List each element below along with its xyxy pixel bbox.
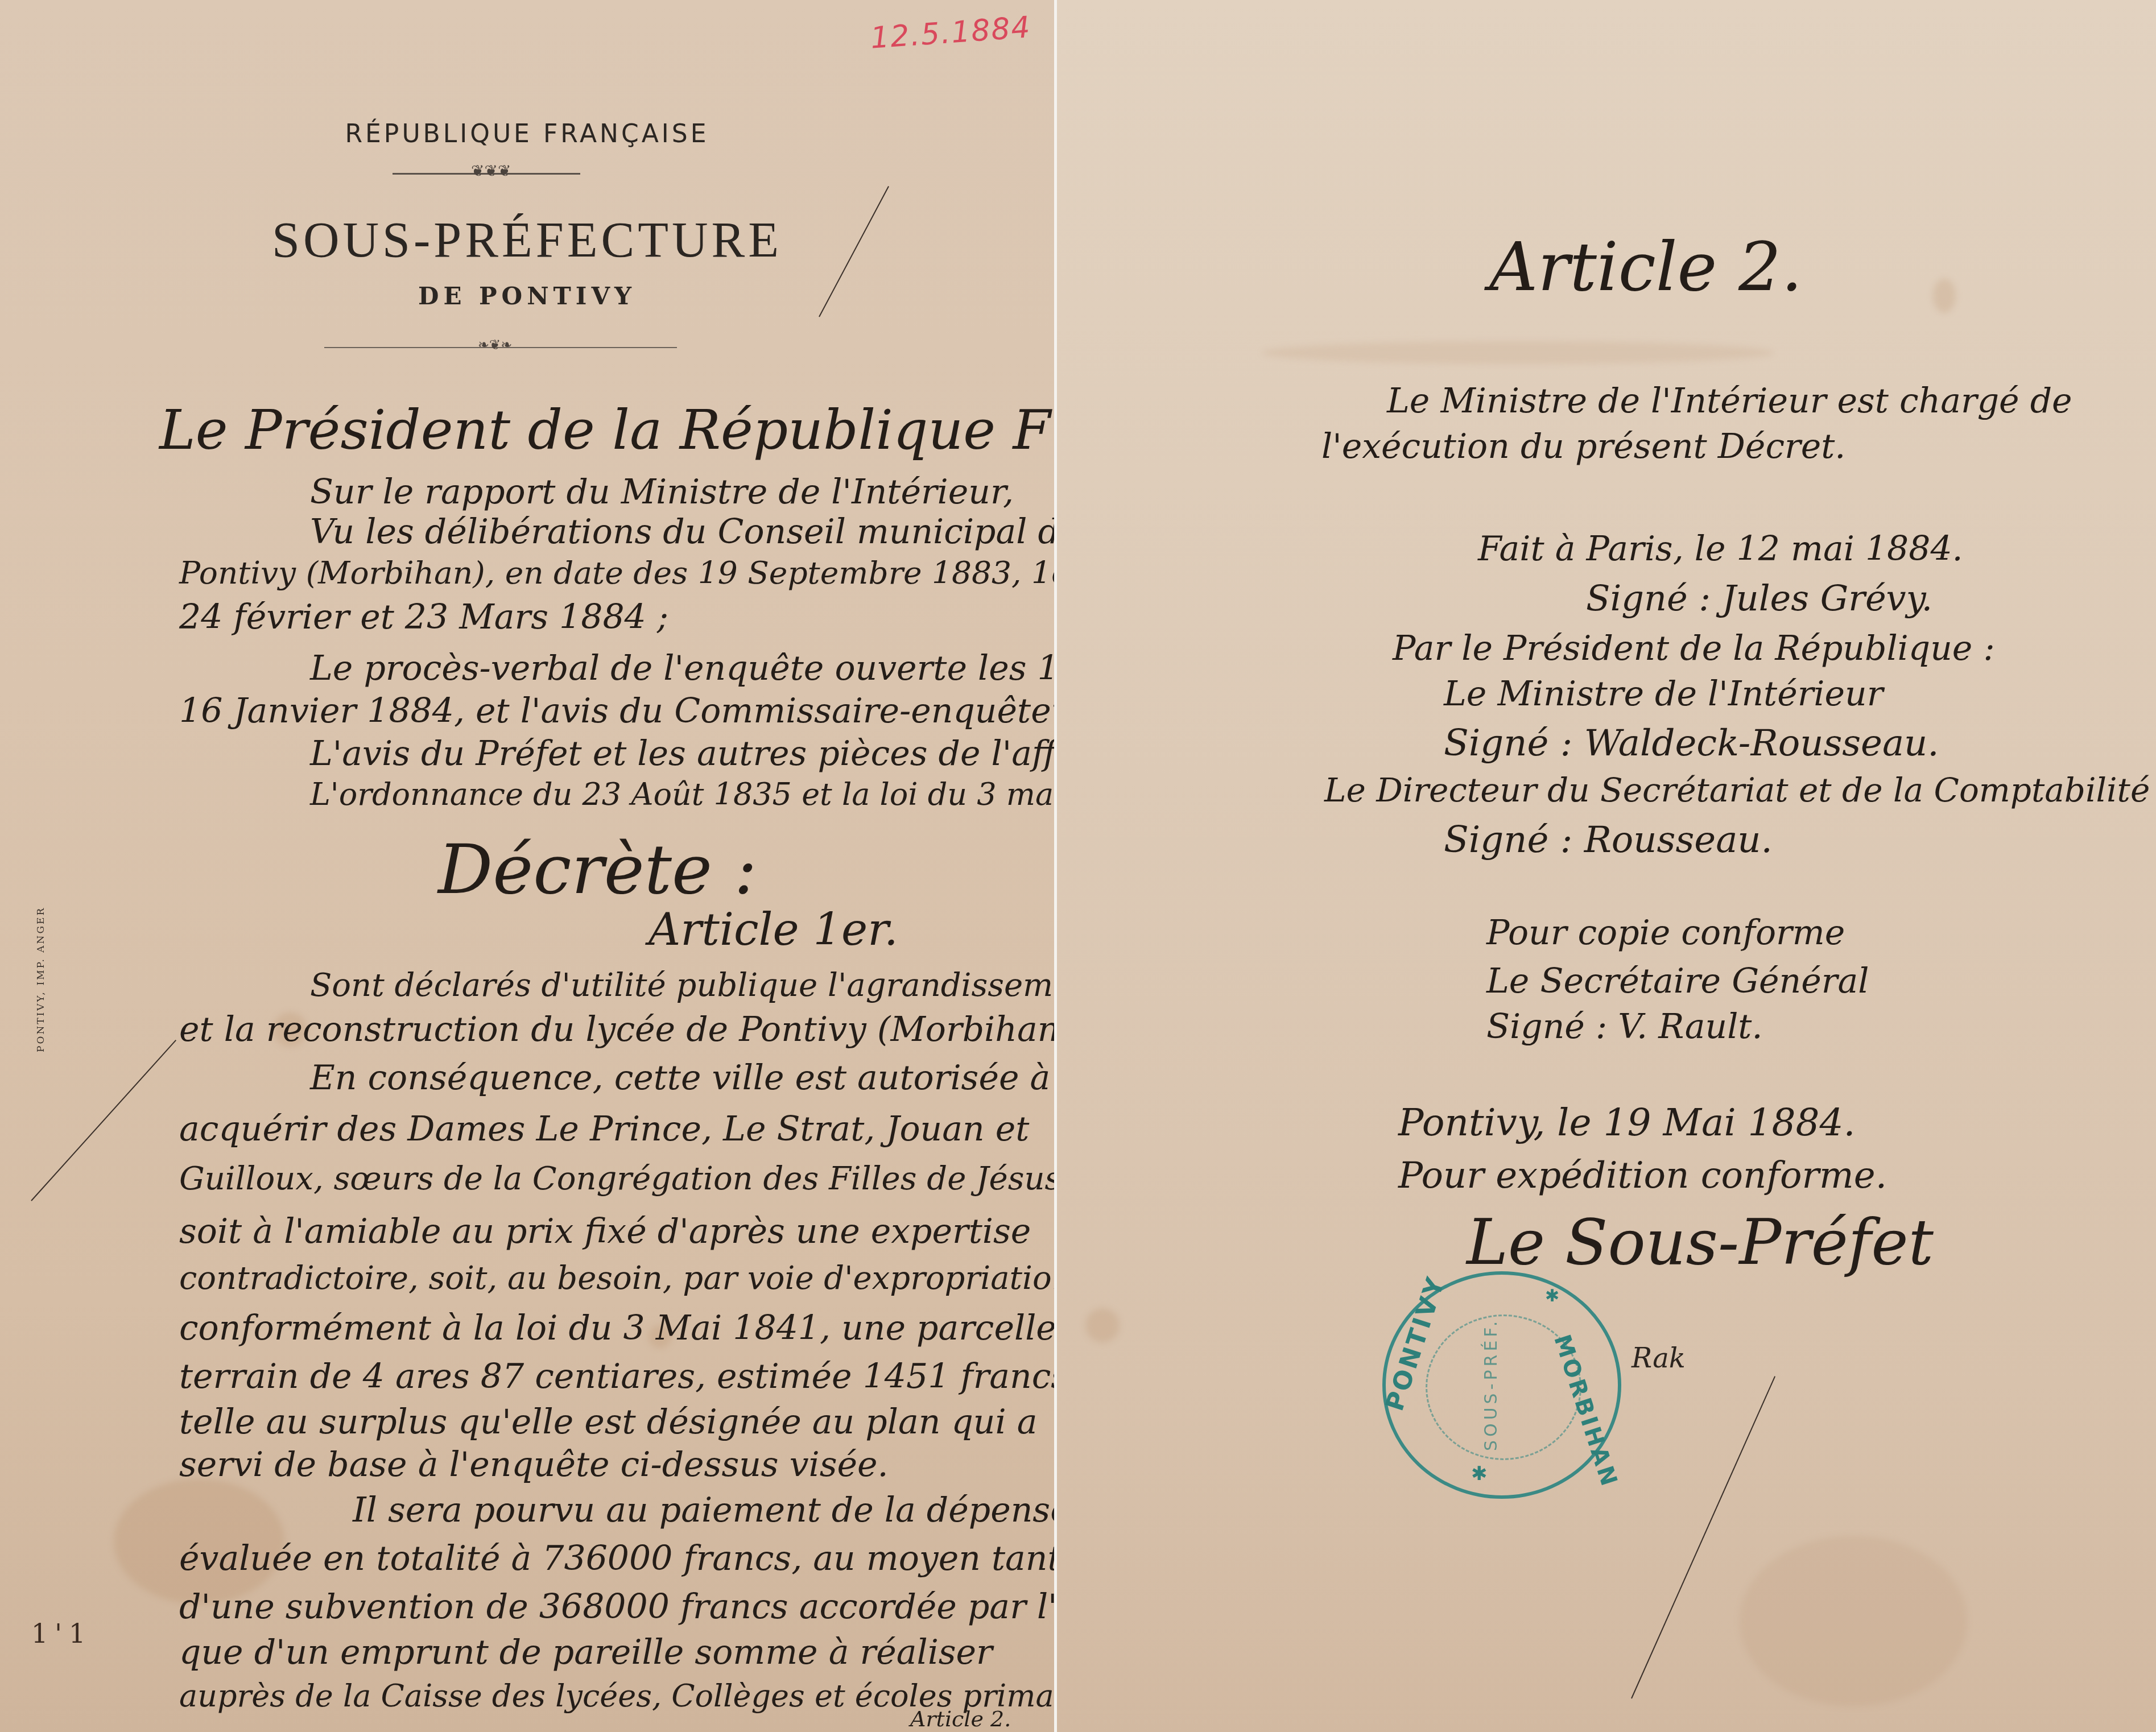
- director-title: Le Directeur du Secrétariat et de la Com…: [1324, 771, 2150, 809]
- margin-ink-marks: 1'1: [31, 1618, 92, 1649]
- letterhead-district: DE PONTIVY: [0, 282, 1054, 310]
- rule-flourish-icon: ❧❦❧: [478, 337, 512, 353]
- article-1-line: terrain de 4 ares 87 centiares, estimée …: [179, 1357, 1054, 1396]
- consideration-line: Pontivy (Morbihan), en date des 19 Septe…: [179, 555, 1054, 591]
- sub-prefecture-stamp: PONTIVY MORBIHAN SOUS-PRÉF. ✱ ✱: [1382, 1271, 1621, 1499]
- letterhead-office: SOUS-PRÉFECTURE: [0, 212, 1054, 269]
- paper-stain: [1262, 341, 1774, 364]
- article-1-line: que d'un emprunt de pareille somme à réa…: [179, 1632, 993, 1672]
- letterhead-republic: RÉPUBLIQUE FRANÇAISE: [0, 119, 1054, 148]
- stamp-star-icon: ✱: [1545, 1286, 1562, 1306]
- article-2-line: Le Ministre de l'Intérieur est chargé de: [1387, 381, 2072, 421]
- article-1-line: Sont déclarés d'utilité publique l'agran…: [310, 967, 1054, 1004]
- decree-heading: Le Président de la République Française,: [159, 398, 1054, 462]
- article-1-line: conformément à la loi du 3 Mai 1841, une…: [179, 1308, 1054, 1348]
- consideration-line: 24 février et 23 Mars 1884 ;: [179, 597, 668, 637]
- stamp-star-icon: ✱: [1471, 1462, 1490, 1485]
- article-1-line: Guilloux, sœurs de la Congrégation des F…: [179, 1160, 1054, 1197]
- director-signature: Signé : Rousseau.: [1444, 819, 1773, 861]
- article-1-line: d'une subvention de 368000 francs accord…: [179, 1587, 1054, 1627]
- article-1-line: soit à l'amiable au prix fixé d'après un…: [179, 1212, 1031, 1251]
- place-date-line: Fait à Paris, le 12 mai 1884.: [1478, 529, 1963, 569]
- article-1-title: Article 1er.: [649, 904, 898, 956]
- consideration-line: L'ordonnance du 23 Août 1835 et la loi d…: [310, 776, 1054, 812]
- catchword: Article 2.: [910, 1706, 1011, 1731]
- minister-signature: Signé : Waldeck-Rousseau.: [1444, 722, 1939, 764]
- printer-imprint: PONTIVY, IMP. ANGER: [35, 907, 47, 1052]
- paper-stain: [1085, 1308, 1120, 1342]
- sub-prefect-signature: Rak: [1632, 1342, 1686, 1374]
- by-president-line: Par le Président de la République :: [1393, 629, 1995, 668]
- secretary-title: Le Secrétaire Général: [1486, 961, 1869, 1001]
- president-signature: Signé : Jules Grévy.: [1586, 577, 1932, 619]
- article-1-line: évaluée en totalité à 736000 francs, au …: [179, 1539, 1054, 1578]
- article-1-line: acquérir des Dames Le Prince, Le Strat, …: [179, 1109, 1029, 1149]
- consideration-line: Vu les délibérations du Conseil municipa…: [310, 512, 1054, 552]
- left-page: 12.5.1884 RÉPUBLIQUE FRANÇAISE ❦❦❦ SOUS-…: [0, 0, 1054, 1732]
- consideration-line: L'avis du Préfet et les autres pièces de…: [310, 734, 1054, 774]
- article-2-line: l'exécution du présent Décret.: [1321, 427, 1845, 466]
- expedition-conforming-line: Pour expédition conforme.: [1398, 1155, 1887, 1197]
- archive-date-stamp: 12.5.1884: [869, 10, 1032, 56]
- copy-conforming-line: Pour copie conforme: [1486, 913, 1845, 953]
- article-1-line: contradictoire, soit, au besoin, par voi…: [179, 1260, 1054, 1297]
- secretary-signature: Signé : V. Rault.: [1486, 1007, 1763, 1047]
- margin-pen-stroke: [31, 1040, 176, 1201]
- article-1-line: Il sera pourvu au paiement de la dépense…: [353, 1490, 1054, 1530]
- minister-title: Le Ministre de l'Intérieur: [1444, 674, 1883, 714]
- article-1-line: En conséquence, cette ville est autorisé…: [310, 1058, 1050, 1098]
- article-1-line: telle au surplus qu'elle est désignée au…: [179, 1402, 1037, 1442]
- sub-prefect-title: Le Sous-Préfet: [1467, 1206, 1934, 1279]
- paper-stain: [1933, 279, 1956, 313]
- consideration-line: 16 Janvier 1884, et l'avis du Commissair…: [179, 691, 1054, 731]
- stamp-center-text: SOUS-PRÉF.: [1481, 1318, 1501, 1451]
- ornament-flourish-icon: ❦❦❦: [471, 162, 511, 180]
- article-1-line: servi de base à l'enquête ci-dessus visé…: [179, 1445, 889, 1485]
- consideration-line: Sur le rapport du Ministre de l'Intérieu…: [310, 472, 1014, 512]
- paper-stain: [1740, 1536, 1967, 1706]
- pontivy-date-line: Pontivy, le 19 Mai 1884.: [1398, 1101, 1855, 1144]
- article-2-title: Article 2.: [1489, 228, 1803, 306]
- decree-word: Décrète :: [438, 830, 757, 910]
- article-1-line: et la reconstruction du lycée de Pontivy…: [179, 1010, 1054, 1049]
- consideration-line: Le procès-verbal de l'enquête ouverte le…: [310, 648, 1054, 688]
